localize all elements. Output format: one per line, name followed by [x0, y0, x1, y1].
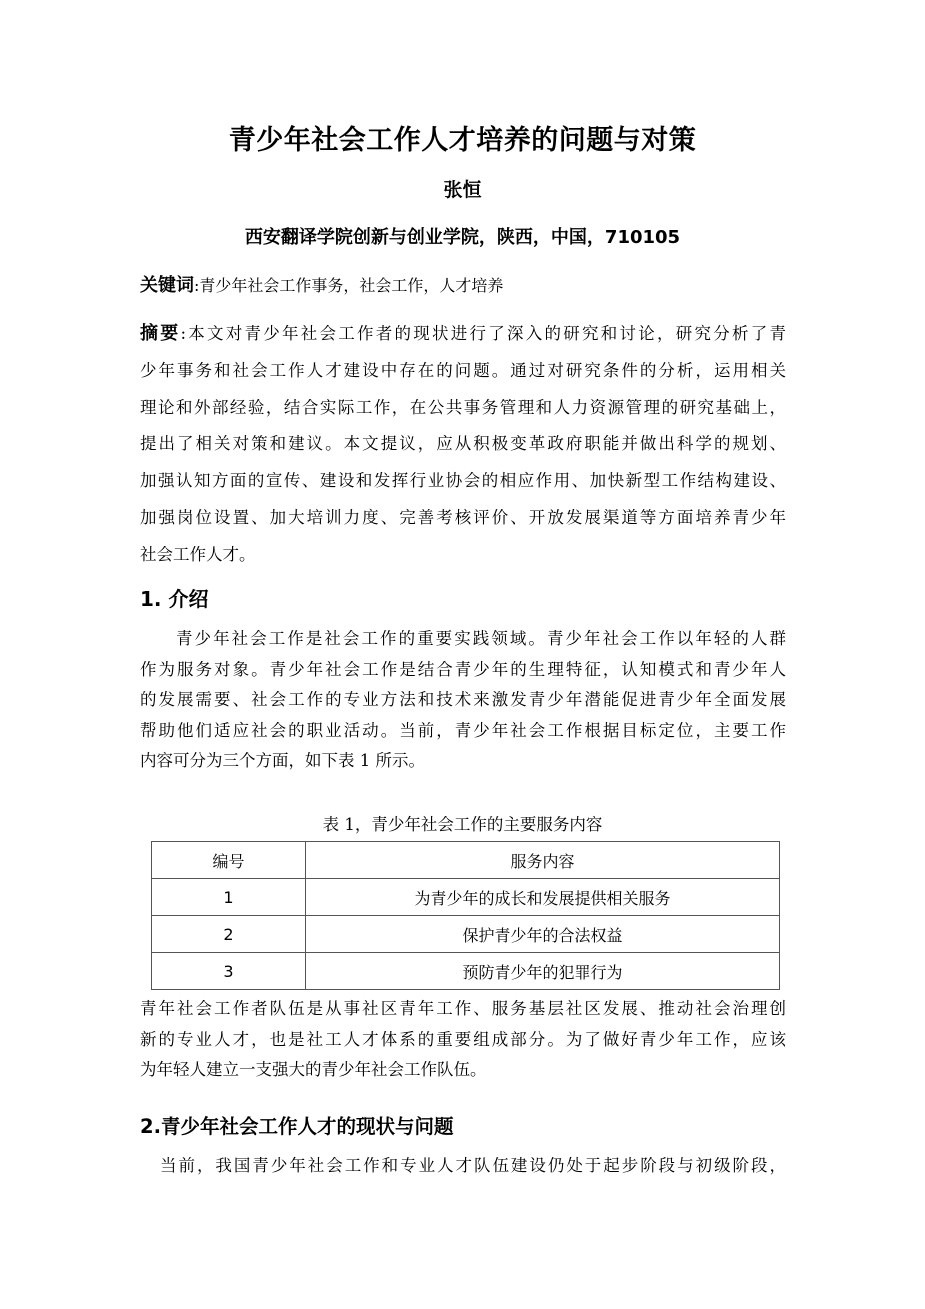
paragraph-line: 新的专业人才，也是社工人才体系的重要组成部分。为了做好青少年工作，应该 [140, 1025, 786, 1056]
section-1-paragraph-2: 青年社会工作者队伍是从事社区青年工作、服务基层社区发展、推动社会治理创 新的专业… [140, 994, 786, 1086]
abstract-line: 加强认知方面的宣传、建设和发挥行业协会的相应作用、加快新型工作结构建设、 [140, 463, 786, 500]
table-header-cell: 服务内容 [306, 842, 780, 879]
table-row: 3 预防青少年的犯罪行为 [152, 953, 780, 990]
author-affiliation: 西安翻译学院创新与创业学院，陕西，中国，710105 [0, 223, 925, 249]
table-row: 2 保护青少年的合法权益 [152, 916, 780, 953]
table-header-row: 编号 服务内容 [152, 842, 780, 879]
paragraph-line: 的发展需要、社会工作的专业方法和技术来激发青少年潜能促进青少年全面发展 [140, 685, 786, 716]
service-content-table: 编号 服务内容 1 为青少年的成长和发展提供相关服务 2 保护青少年的合法权益 … [151, 841, 780, 990]
paper-title: 青少年社会工作人才培养的问题与对策 [0, 118, 925, 157]
paragraph-line: 为年轻人建立一支强大的青少年社会工作队伍。 [140, 1055, 786, 1086]
table-cell-content: 预防青少年的犯罪行为 [306, 953, 780, 990]
table-cell-content: 保护青少年的合法权益 [306, 916, 780, 953]
section-1-heading: 1. 介绍 [140, 583, 208, 612]
section-2-paragraph-1: 当前，我国青少年社会工作和专业人才队伍建设仍处于起步阶段与初级阶段， [140, 1151, 786, 1182]
table-cell-number: 3 [152, 953, 306, 990]
document-page: 青少年社会工作人才培养的问题与对策 张恒 西安翻译学院创新与创业学院，陕西，中国… [0, 0, 925, 1309]
section-1-paragraph-1: 青少年社会工作是社会工作的重要实践领域。青少年社会工作以年轻的人群 作为服务对象… [140, 624, 786, 777]
table-caption: 表 1，青少年社会工作的主要服务内容 [0, 811, 925, 835]
keywords-text: :青少年社会工作事务，社会工作，人才培养 [194, 276, 503, 295]
table-cell-content: 为青少年的成长和发展提供相关服务 [306, 879, 780, 916]
abstract: 摘要:本文对青少年社会工作者的现状进行了深入的研究和讨论，研究分析了青 少年事务… [140, 316, 786, 574]
paragraph-line: 作为服务对象。青少年社会工作是结合青少年的生理特征，认知模式和青少年人 [140, 655, 786, 686]
paragraph-line: 青少年社会工作是社会工作的重要实践领域。青少年社会工作以年轻的人群 [140, 624, 786, 655]
abstract-line: 理论和外部经验，结合实际工作，在公共事务管理和人力资源管理的研究基础上， [140, 390, 786, 427]
table-row: 1 为青少年的成长和发展提供相关服务 [152, 879, 780, 916]
abstract-line: 加强岗位设置、加大培训力度、完善考核评价、开放发展渠道等方面培养青少年 [140, 500, 786, 537]
section-2-heading: 2.青少年社会工作人才的现状与问题 [140, 1111, 453, 1139]
paragraph-line: 内容可分为三个方面，如下表 1 所示。 [140, 746, 786, 777]
author-name: 张恒 [0, 175, 925, 202]
abstract-line: 摘要:本文对青少年社会工作者的现状进行了深入的研究和讨论，研究分析了青 [140, 316, 786, 353]
paragraph-line: 青年社会工作者队伍是从事社区青年工作、服务基层社区发展、推动社会治理创 [140, 994, 786, 1025]
table-header-cell: 编号 [152, 842, 306, 879]
paragraph-line: 当前，我国青少年社会工作和专业人才队伍建设仍处于起步阶段与初级阶段， [140, 1151, 786, 1182]
abstract-line: 社会工作人才。 [140, 537, 786, 574]
abstract-line: 提出了相关对策和建议。本文提议，应从积极变革政府职能并做出科学的规划、 [140, 426, 786, 463]
abstract-label: 摘要 [140, 323, 181, 344]
keywords-label: 关键词 [140, 275, 194, 296]
paragraph-line: 帮助他们适应社会的职业活动。当前，青少年社会工作根据目标定位，主要工作 [140, 716, 786, 747]
table-cell-number: 1 [152, 879, 306, 916]
keywords: 关键词:青少年社会工作事务，社会工作，人才培养 [140, 271, 503, 297]
abstract-line: 少年事务和社会工作人才建设中存在的问题。通过对研究条件的分析，运用相关 [140, 353, 786, 390]
table-cell-number: 2 [152, 916, 306, 953]
